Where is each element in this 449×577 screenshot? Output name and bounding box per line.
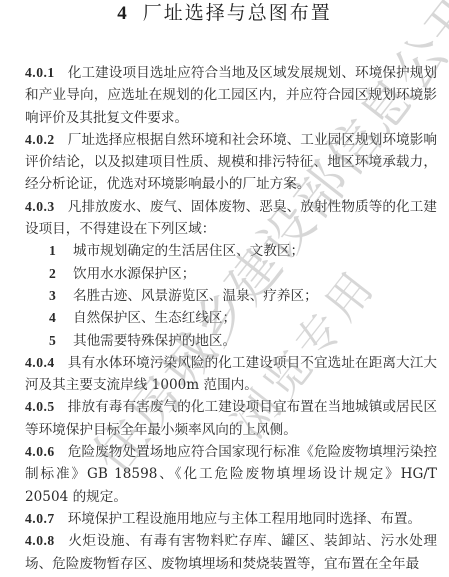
item-number: 3 (49, 285, 73, 307)
clause-number: 4.0.8 (25, 533, 55, 548)
item-text: 自然保护区、生态红线区； (73, 310, 236, 326)
clause-4-0-6: 4.0.6危险废物处置场地应符合国家现行标准《危险废物填埋污染控制标准》GB 1… (25, 441, 437, 508)
item-text: 其他需要特殊保护的地区。 (73, 333, 236, 349)
clause-4-0-1: 4.0.1化工建设项目选址应符合当地及区域发展规划、环境保护规划和产业导向，应选… (25, 62, 437, 129)
document-page: 4厂址选择与总图布置 4.0.1化工建设项目选址应符合当地及区域发展规划、环境保… (0, 0, 449, 577)
clause-number: 4.0.3 (25, 199, 55, 214)
clause-text: 排放有毒有害废气的化工建设项目宜布置在当地城镇或居民区等环境保护目标全年最小频率… (25, 399, 437, 437)
list-item: 3名胜古迹、风景游览区、温泉、疗养区； (25, 285, 437, 307)
clause-text: 环境保护工程设施用地应与主体工程用地同时选择、布置。 (68, 511, 421, 527)
clause-number: 4.0.2 (25, 132, 55, 147)
clause-4-0-8: 4.0.8火炬设施、有毒有害物料贮存库、罐区、装卸站、污水处理场、危险废物暂存区… (25, 530, 437, 575)
item-text: 城市规划确定的生活居住区、文教区； (73, 243, 304, 259)
chapter-title: 4厂址选择与总图布置 (0, 0, 449, 27)
item-number: 4 (49, 307, 73, 329)
item-number: 5 (49, 330, 73, 352)
clause-number: 4.0.1 (25, 65, 55, 80)
clause-4-0-2: 4.0.2厂址选择应根据自然环境和社会环境、工业园区规划环境影响评价结论，以及拟… (25, 129, 437, 196)
clause-number: 4.0.7 (25, 511, 55, 526)
list-item: 1城市规划确定的生活居住区、文教区； (25, 240, 437, 262)
clause-text: 具有水体环境污染风险的化工建设项目不宜选址在距离大江大河及其主要支流岸线 100… (25, 355, 437, 393)
clause-4-0-5: 4.0.5排放有毒有害废气的化工建设项目宜布置在当地城镇或居民区等环境保护目标全… (25, 396, 437, 441)
clause-number: 4.0.5 (25, 399, 55, 414)
clause-text: 化工建设项目选址应符合当地及区域发展规划、环境保护规划和产业导向，应选址在规划的… (25, 65, 437, 126)
clause-text: 凡排放废水、废气、固体废物、恶臭、放射性物质等的化工建设项目，不得建设在下列区域… (25, 199, 437, 237)
clause-number: 4.0.6 (25, 444, 55, 459)
clause-number: 4.0.4 (25, 355, 55, 370)
list-item: 4自然保护区、生态红线区； (25, 307, 437, 329)
list-item: 2饮用水水源保护区； (25, 263, 437, 285)
item-text: 名胜古迹、风景游览区、温泉、疗养区； (73, 288, 318, 304)
document-body: 4.0.1化工建设项目选址应符合当地及区域发展规划、环境保护规划和产业导向，应选… (25, 62, 437, 575)
chapter-number: 4 (117, 3, 129, 24)
clause-4-0-3: 4.0.3凡排放废水、废气、固体废物、恶臭、放射性物质等的化工建设项目，不得建设… (25, 196, 437, 241)
item-number: 1 (49, 240, 73, 262)
clause-4-0-7: 4.0.7环境保护工程设施用地应与主体工程用地同时选择、布置。 (25, 508, 437, 530)
item-number: 2 (49, 263, 73, 285)
clause-text: 火炬设施、有毒有害物料贮存库、罐区、装卸站、污水处理场、危险废物暂存区、废物填埋… (25, 533, 437, 571)
chapter-title-text: 厂址选择与总图布置 (143, 2, 332, 24)
item-text: 饮用水水源保护区； (73, 266, 195, 282)
clause-4-0-4: 4.0.4具有水体环境污染风险的化工建设项目不宜选址在距离大江大河及其主要支流岸… (25, 352, 437, 397)
clause-text: 危险废物处置场地应符合国家现行标准《危险废物填埋污染控制标准》GB 18598、… (25, 444, 437, 505)
clause-text: 厂址选择应根据自然环境和社会环境、工业园区规划环境影响评价结论，以及拟建项目性质… (25, 132, 437, 193)
list-item: 5其他需要特殊保护的地区。 (25, 330, 437, 352)
